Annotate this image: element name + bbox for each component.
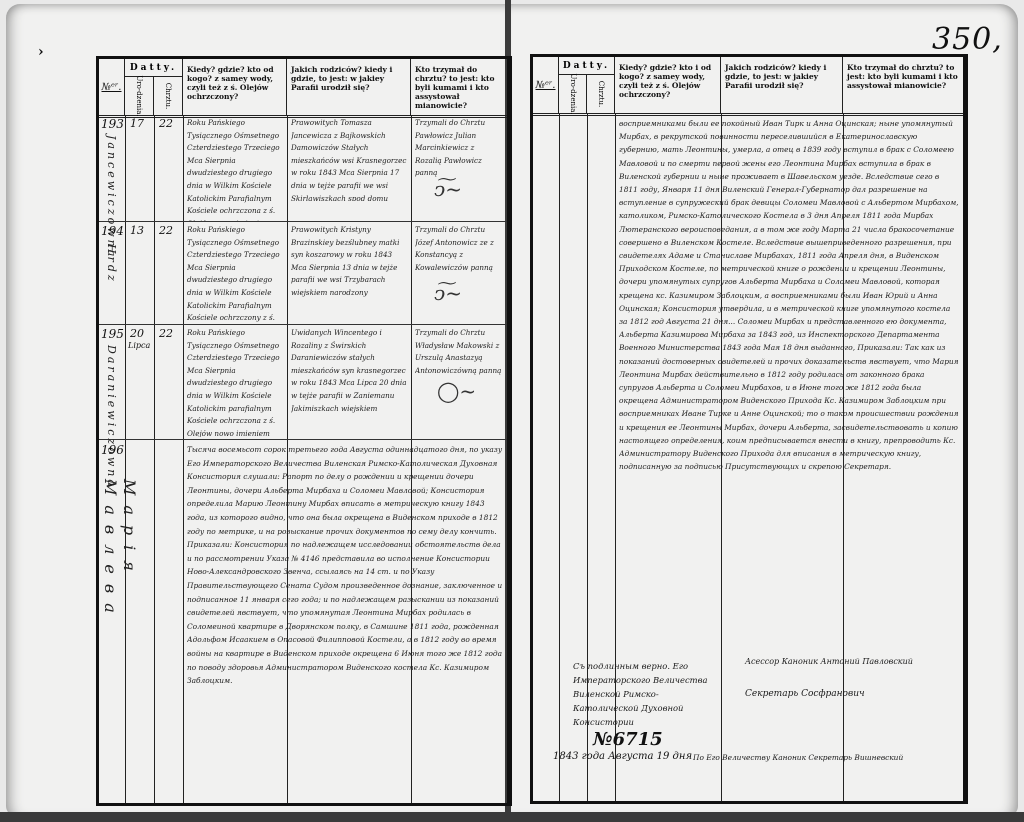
stamp-number: №6715 [593,729,663,750]
page-number: 350, [932,22,1003,57]
flourish-mark: ◯~ [437,379,476,403]
header-datty: Datty. [125,59,183,77]
header-trzymal: Kto trzymał do chrztu? to jest: kto byli… [843,57,963,113]
header-urodzenia: Uro-dzenia. [125,77,154,115]
birth-day: 20 [130,327,144,340]
row-divider [99,324,507,325]
entry-number: 195 [101,327,124,341]
secretary-signature: Секретарь Сосфранович [745,689,865,699]
baptism-details: Roku Pańskiego Tysiącznego Ośmsetnego Cz… [187,117,285,221]
header-kiedy: Kiedy? gdzie? kto od kogo? z samey wody,… [183,59,287,115]
parents-details: Uwidanych Wincentego i Rozaliny z Świrsk… [291,327,409,415]
parents-details: Prawowitych Tomasza Jancewicza z Bajkows… [291,117,409,201]
row-divider [99,221,507,222]
book-edge [0,812,1024,822]
final-signature: По Его Величеству Каноник Секретарь Вишн… [693,753,903,762]
entry-number: 194 [101,224,124,238]
assessor-signature: Асессор Каноник Антоний Павловский [745,657,913,666]
baptism-day: 22 [159,224,173,237]
consistory-stamp-text: Съ подлинным верно. Его Императорского В… [573,659,713,729]
header-trzymal: Kto trzymał do chrztu? to jest: kto byli… [411,59,507,115]
column-divider [559,113,560,801]
header-urodzenia: Uro-dzenia. [559,75,587,113]
birth-month: Lipca [128,341,150,350]
right-register-table: №ᵉʳ. Datty. Uro-dzenia. Chrztu. Kiedy? g… [530,54,968,804]
entry-surname: Daraniewiczowna [105,345,118,435]
baptism-details: Roku Pańskiego Tysiącznego Ośmsetnego Cz… [187,327,285,437]
margin-mark: › [38,44,44,60]
header-rodzicow: Jakich rodziców? kiedy i gdzie, to jest:… [721,57,843,113]
column-divider [154,115,155,803]
baptism-day: 22 [159,327,173,340]
header-nr: №ᵉʳ. [99,59,125,115]
entry-number: 193 [101,117,124,131]
header-chrztu: Chrztu. [587,75,615,113]
baptism-details: Roku Pańskiego Tysiącznego Ośmsetnego Cz… [187,224,285,324]
entry-surname: Hrdz [105,244,118,304]
column-divider [183,115,184,803]
consistory-decree-text: Тысяча восемьсот сорок третьего года Авг… [187,443,503,799]
flourish-mark: ↄ͠~ [434,281,462,305]
parents-details: Prawowitych Kristyny Brazinskiey bezślub… [291,224,409,300]
birth-day: 13 [130,224,144,237]
birth-day: 17 [130,117,144,130]
row-divider [99,439,507,440]
godparents-details: Trzymali do Chrztu Józef Antonowicz ze z… [415,224,503,276]
left-register-table: №ᵉʳ. Datty. Uro-dzenia. Chrztu. Kiedy? g… [96,56,512,806]
header-nr: №ᵉʳ. [533,57,559,113]
header-chrztu: Chrztu. [154,77,183,115]
header-kiedy: Kiedy? gdzie? kto i od kogo? z samey wod… [615,57,721,113]
table-header: №ᵉʳ. Datty. Uro-dzenia. Chrztu. Kiedy? g… [533,57,963,116]
entry-number: 196 [101,443,124,457]
ledger-spread: › 350, №ᵉʳ. Datty. Uro-dzenia. Chrztu. K… [0,0,1024,822]
baptism-day: 22 [159,117,173,130]
entry-surname: Марiя Мавлева [101,479,139,719]
entry-surname: Jancewiczowna [105,135,118,215]
godparents-details: Trzymali do Chrztu Władysław Makowski z … [415,327,503,379]
stamp-date: 1843 года Августа 19 дня [553,751,692,762]
flourish-mark: ↄ͠~ [434,177,462,201]
decree-continuation-text: восприемниками были ее покойный Иван Тир… [619,117,959,669]
godparents-details: Trzymali do Chrztu Pawłowicz Julian Marc… [415,117,503,181]
header-rodzicow: Jakich rodziców? kiedy i gdzie, to jest:… [287,59,411,115]
header-datty: Datty. [559,57,615,75]
table-header: №ᵉʳ. Datty. Uro-dzenia. Chrztu. Kiedy? g… [99,59,507,118]
